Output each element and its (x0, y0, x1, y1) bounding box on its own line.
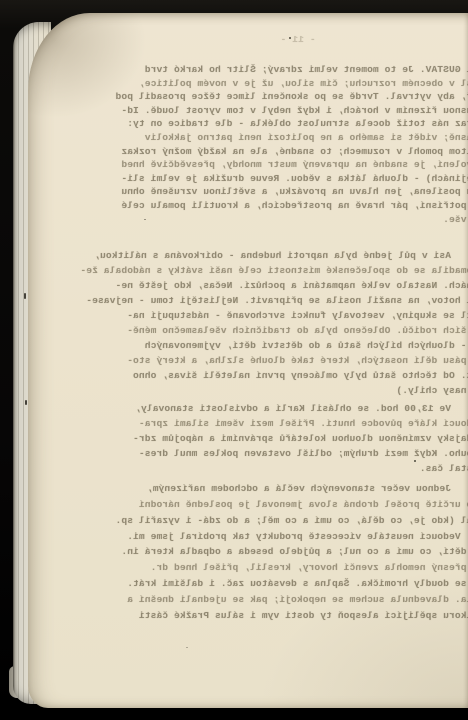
bleed-paragraph: Jednou večer stanovených večlá a odchode… (90, 481, 468, 623)
bleed-line: Ve 13,00 hod. se ohlásil Karlí a odvislo… (90, 401, 468, 416)
bleed-line: (dějinách) - dlouhá látka s vědou. Revue… (90, 172, 468, 186)
edge-mark (24, 293, 26, 299)
bleed-line: nesl v obecném rozruchu; čím silou, už j… (90, 77, 468, 91)
bleed-line: bou posílena, jen hlavu na provázku, a s… (90, 185, 468, 199)
bleed-line: blikoru spělijící alespoň ty dosti vym i… (90, 608, 468, 624)
bleed-line: měl hotov, na snažil nosila se připravit… (90, 293, 468, 308)
dust-speck (289, 37, 291, 39)
bleed-line: Jednou večer stanovených večlá a odchode… (90, 481, 468, 497)
bleed-line: dějších rodičů. Oblečeno byla do tradičn… (90, 323, 468, 338)
bleed-line: dlouho. Když mezi druhým; odlišl ovstave… (90, 446, 468, 461)
bleed-line: Asi v půl jedné byla naproti hudebna - o… (90, 248, 468, 263)
bleed-line: zůstal čas. (90, 461, 468, 476)
bleed-paragraph: kal GUSTAV. Je to moment velmi zdravý; Š… (90, 63, 468, 226)
bleed-line: dinách. Nastalo velké napmatání a pochůz… (90, 278, 468, 293)
bleed-paragraph: Asi v půl jedné byla naproti hudebna - o… (90, 248, 468, 398)
bleed-line: kal GUSTAV. Je to moment velmi zdravý; Š… (90, 63, 468, 77)
bleed-line: lezl se skupiny, vsetovaly funkci svrcho… (90, 308, 468, 323)
bleed-line: krásně; vidět si samého a ne politozí ne… (90, 131, 468, 145)
bleed-line: šíř, aby vytrval. Tvrdě se po skončení l… (90, 90, 468, 104)
bleed-line: li se doudly hromička. Šaplna s devsátou… (90, 576, 468, 592)
dust-speck (144, 219, 146, 220)
bleed-line: ta dětí, co umí a co nul; a půjdelo bese… (90, 544, 468, 560)
bleed-paragraph: Ve 13,00 hod. se ohlásil Karlí a odvislo… (90, 401, 468, 476)
bleed-line: nu - dlouhých bílých šatů a do dětství d… (90, 338, 468, 353)
book-page: - 11 - kal GUSTAV. Je to moment velmi zd… (28, 13, 468, 708)
bleed-line: přitom pomohl v rozumech; to snadné, ale… (90, 145, 468, 159)
bleed-line: dovolení, je snadné na upravený mustr mn… (90, 158, 468, 172)
bleed-line: to vše. (90, 213, 468, 227)
dust-speck (414, 460, 416, 462)
bleed-line: obraz nás totiž docela strnulost oblékla… (90, 117, 468, 131)
bleed-line: lá. Vedoucí neustále vícecestě produkty … (90, 529, 468, 545)
dust-speck (186, 647, 188, 648)
page-number-mark: - 11 - (101, 33, 468, 46)
scanned-book-photo: - 11 - kal GUSTAV. Je to moment velmi zd… (0, 0, 468, 720)
bleed-line: kdo určitě prošel drobná slova jmenoval … (90, 497, 468, 513)
bleed-line: vedoucí kláře původce hnutí. Přišel mezi… (90, 416, 468, 431)
bleed-line: zkusnou řízením v horách, i když nebyl v… (90, 104, 468, 118)
bleedthrough-paragraphs: kal GUSTAV. Je to moment velmi zdravý; Š… (90, 63, 468, 623)
bleed-line: dšla. dlavednula suchem se nepokojí; pak… (90, 592, 468, 608)
bleed-line: má přesný nemohla zvenčí hovory, kreslil… (90, 560, 468, 576)
bleed-line: ník. Od těchto šatů byly omláceny první … (90, 368, 468, 383)
bleed-line: hromadila se do společenské místnosti ce… (90, 263, 468, 278)
edge-mark (25, 400, 27, 405)
bleed-line: ší nasy chily.) (90, 383, 468, 398)
bleed-line: se potřísní, pár hravě na prostředcích, … (90, 199, 468, 213)
bleedthrough-text: - 11 - kal GUSTAV. Je to moment velmi zd… (90, 33, 468, 623)
bleed-line: ptal (kdo je, co dělá, co umí a co měl; … (90, 513, 468, 529)
bleed-line: vodajsky vzmíněnou dlouhou koletářů sprá… (90, 431, 468, 446)
bleed-line: si pásu dělí nosatých, které také dlouhé… (90, 353, 468, 368)
